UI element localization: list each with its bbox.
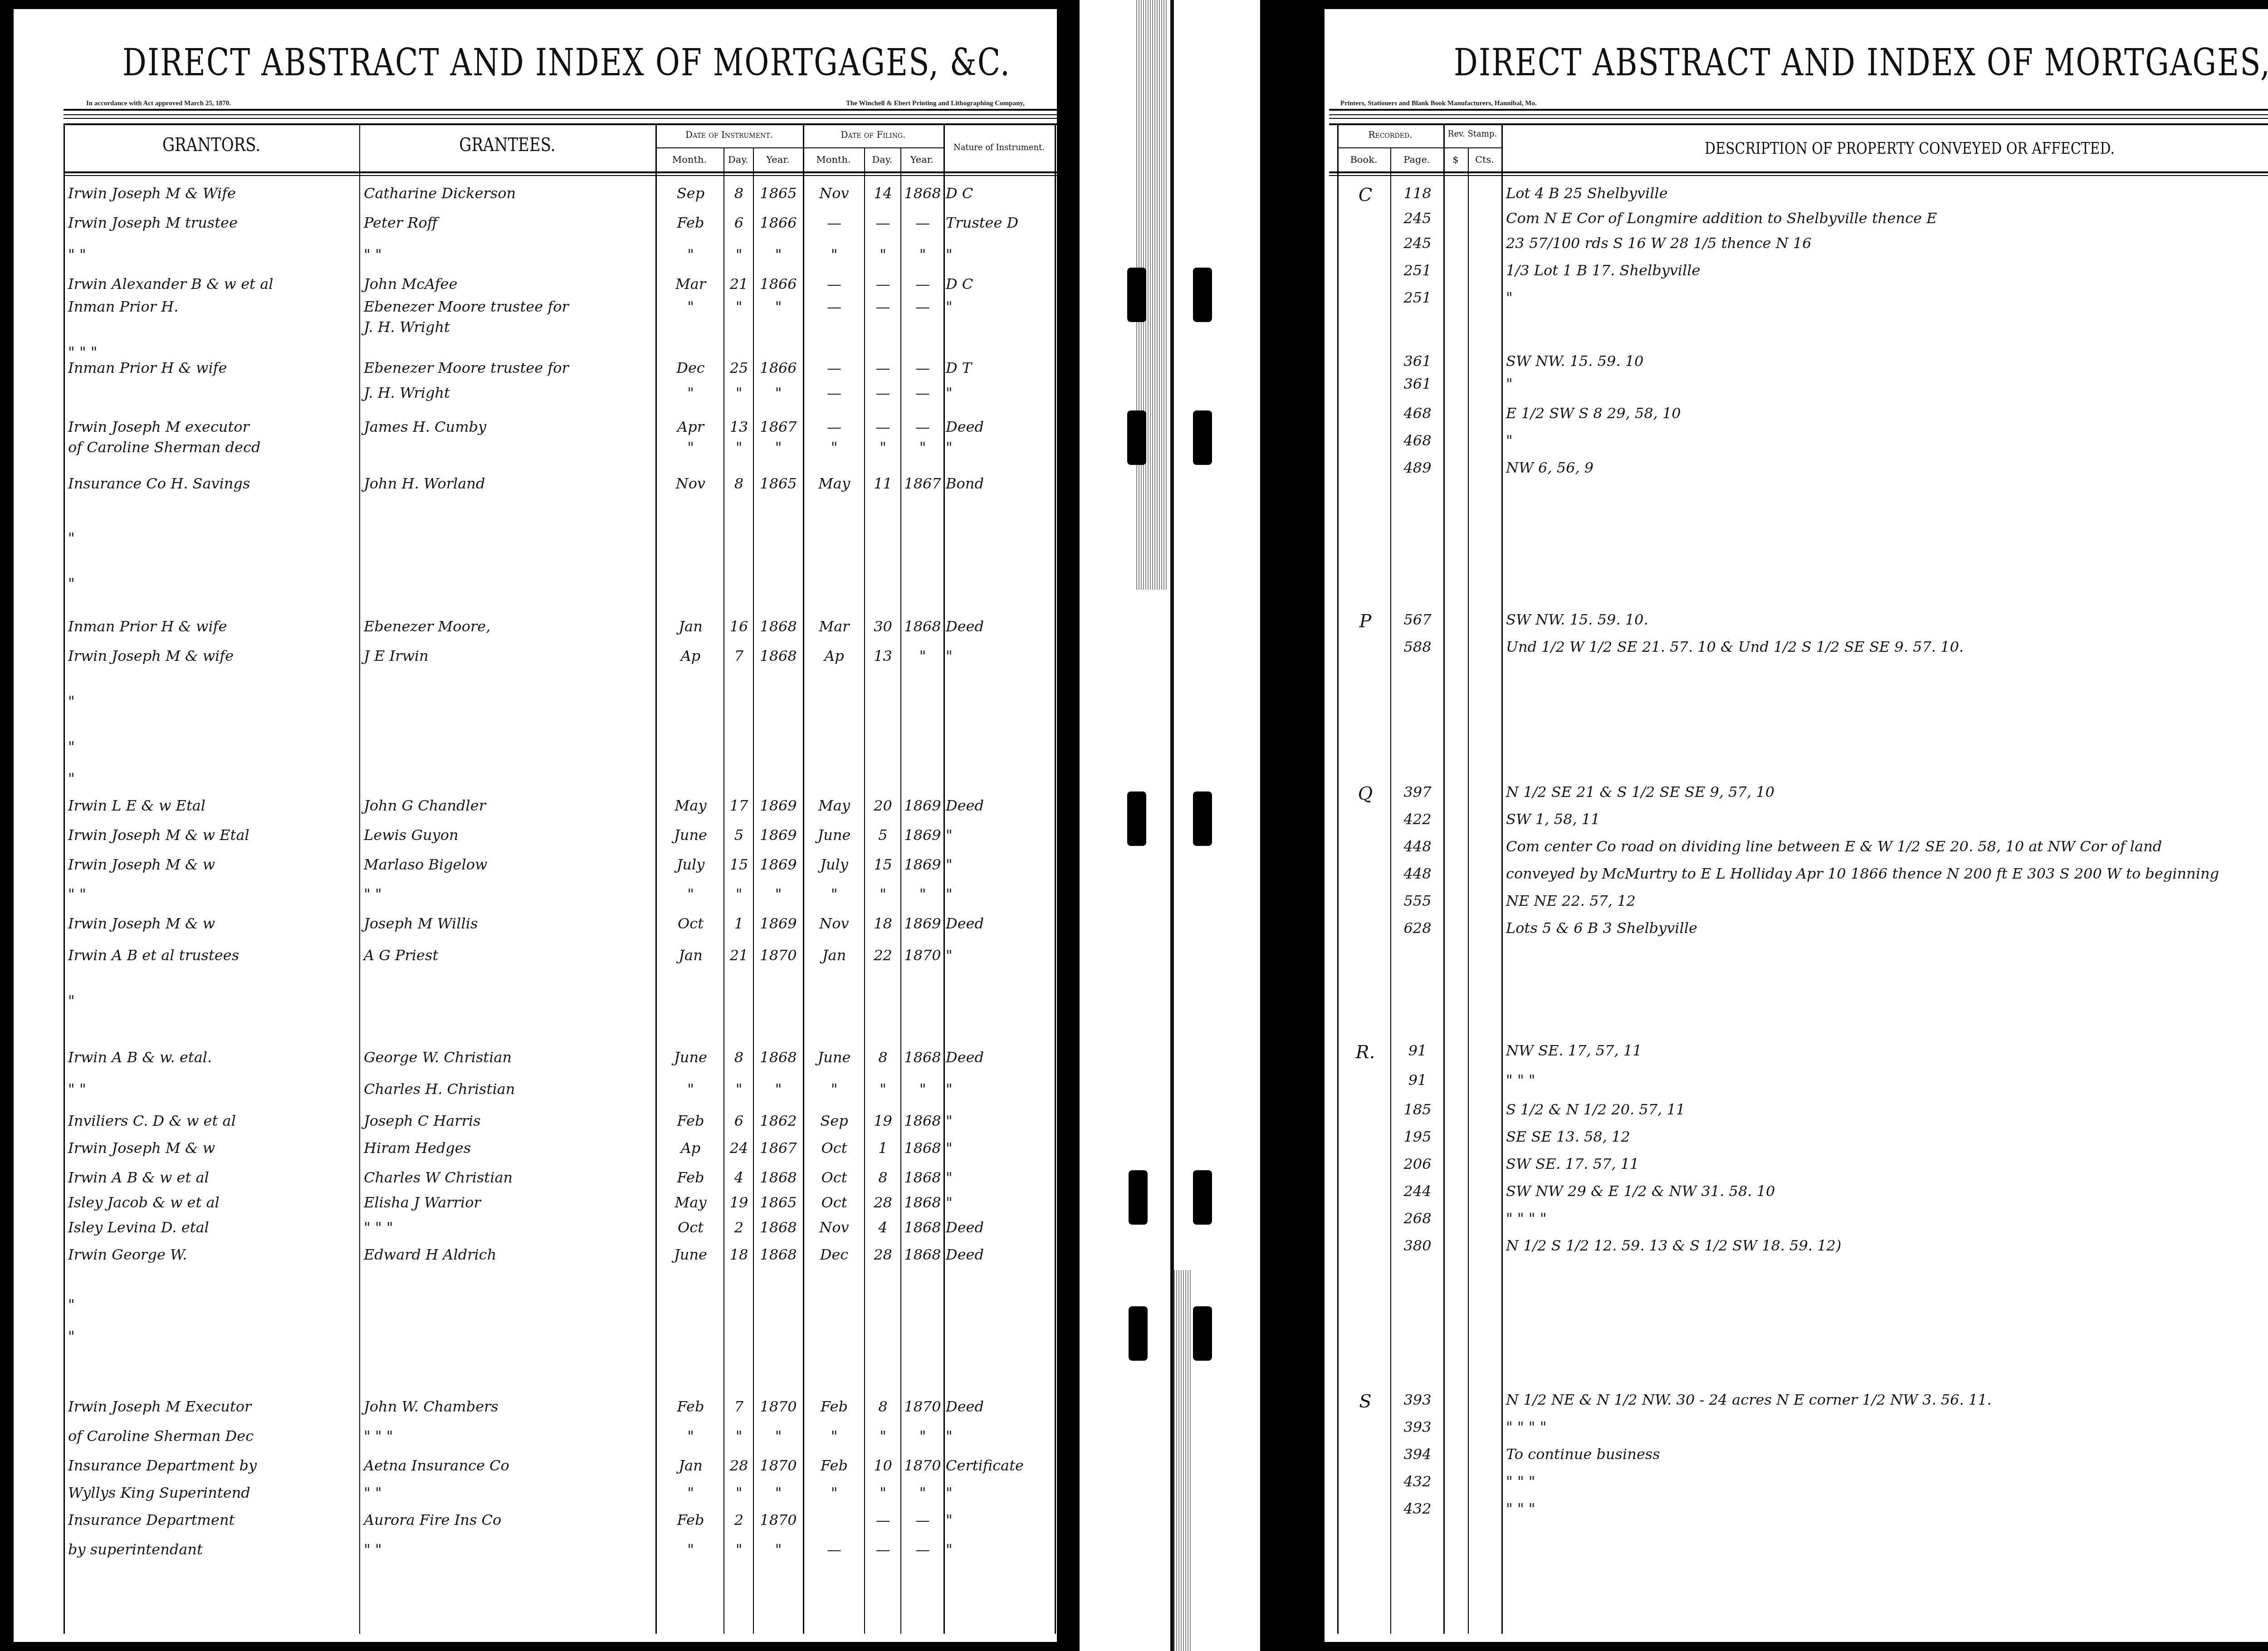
instrument-day-cell: 16 [725,619,753,634]
nature-of-instrument-cell: " [946,1195,1055,1210]
grantor-cell: Irwin Joseph M & w [68,857,358,872]
nature-of-instrument-cell: " [946,1114,1055,1128]
instrument-day-cell: 7 [725,649,753,663]
filing-year-cell: — [902,215,943,230]
column-divider [723,147,724,1634]
page-cell: 244 [1392,1184,1443,1198]
grantor-cell: " [68,694,358,708]
filing-year-cell: 1868 [902,1141,943,1155]
grantor-cell: Irwin Joseph M & w Etal [68,828,358,842]
grantor-cell: " " [68,887,358,901]
grantor-cell: Irwin Joseph M & wife [68,649,358,663]
header-bottom-rule [64,171,1057,173]
header-rule [1329,118,2268,119]
filing-day-cell: 19 [865,1114,900,1128]
nature-of-instrument-cell: Trustee D [946,215,1055,230]
rev-stamp-header: Rev. Stamp. [1443,129,1501,139]
instrument-year-cell: 1869 [754,828,803,842]
instrument-year-cell: " [754,386,803,400]
description-cell: SW NW. 15. 59. 10 [1506,354,2268,368]
page-cell: 432 [1392,1501,1443,1516]
filing-year-cell: 1868 [902,1170,943,1185]
grantee-cell: Ebenezer Moore, [364,619,654,634]
description-cell: SW SE. 17. 57, 11 [1506,1157,2268,1171]
grantor-cell: Inman Prior H & wife [68,619,358,634]
filing-month-cell: " [804,440,864,454]
nature-of-instrument-cell: Bond [946,476,1055,491]
header-rule [64,118,1057,119]
book-cell: R. [1340,1043,1390,1061]
filing-month-cell: June [804,1050,864,1065]
column-divider [655,123,657,1634]
instrument-day-cell: 1 [725,916,753,931]
nature-of-instrument-cell: Deed [946,619,1055,634]
grantor-cell: Isley Jacob & w et al [68,1195,358,1210]
instrument-day-cell: 25 [725,361,753,375]
column-divider [1390,147,1391,1634]
filing-day-cell: 28 [865,1247,900,1262]
instrument-year-cell: 1870 [754,1399,803,1414]
nature-of-instrument-cell: " [946,440,1055,454]
instrument-year-cell: 1868 [754,1170,803,1185]
grantee-cell: Aurora Fire Ins Co [364,1513,654,1527]
filing-year-cell: " [902,440,943,454]
filing-month-cell: July [804,857,864,872]
nature-of-instrument-cell: " [946,247,1055,262]
header-rule [64,109,1057,111]
filing-year-cell: 1868 [902,619,943,634]
instrument-year-cell: " [754,440,803,454]
grantor-cell: Irwin A B et al trustees [68,948,358,962]
filing-year-cell: 1870 [902,1399,943,1414]
grantor-cell: " [68,531,358,545]
page-cell: 361 [1392,354,1443,368]
nature-of-instrument-cell: " [946,828,1055,842]
instrument-day-cell: 18 [725,1247,753,1262]
grantee-cell: " " [364,887,654,901]
instrument-year-cell: 1868 [754,649,803,663]
nature-of-instrument-cell: " [946,1485,1055,1500]
grantor-cell: Insurance Department by [68,1458,358,1473]
description-cell: S 1/2 & N 1/2 20. 57, 11 [1506,1102,2268,1117]
page-header: Page. [1390,154,1443,165]
filing-month-cell: May [804,798,864,813]
instrument-year-cell: 1867 [754,1141,803,1155]
page-cell: 251 [1392,290,1443,305]
grantor-cell: of Caroline Sherman Dec [68,1429,358,1443]
binding-hole [1127,410,1146,465]
instrument-day-cell: 24 [725,1141,753,1155]
filing-day-cell: 13 [865,649,900,663]
grantor-cell: Irwin George W. [68,1247,358,1262]
page-cell: 422 [1392,812,1443,826]
binding-hole [1127,268,1146,322]
book-header: Book. [1337,154,1390,165]
filing-month-cell: Feb [804,1458,864,1473]
grantee-cell: Marlaso Bigelow [364,857,654,872]
instrument-month-cell: " [658,1485,723,1500]
filing-month-cell: June [804,828,864,842]
instrument-day-cell: 21 [725,277,753,291]
instrument-month-cell: June [658,828,723,842]
instrument-day-cell: 28 [725,1458,753,1473]
instrument-year-cell: " [754,1485,803,1500]
description-cell: SW NW 29 & E 1/2 & NW 31. 58. 10 [1506,1184,2268,1198]
instrument-year-cell: 1868 [754,619,803,634]
grantee-cell: Hiram Hedges [364,1141,654,1155]
description-cell: " [1506,376,2268,391]
description-cell: " " " " [1506,1211,2268,1226]
page-cell: 380 [1392,1238,1443,1253]
grantee-cell: Joseph C Harris [364,1114,654,1128]
grantee-cell: J. H. Wright [364,386,654,400]
filing-day-cell: 8 [865,1050,900,1065]
column-divider [1337,123,1339,1634]
header-rule [64,123,1057,125]
filing-year-cell: — [902,299,943,314]
page-cell: 118 [1392,186,1443,200]
instrument-day-cell: 13 [725,420,753,434]
nature-of-instrument-cell: Deed [946,420,1055,434]
column-divider [943,123,945,1634]
instrument-day-cell: 2 [725,1220,753,1235]
filing-month-cell: " [804,1485,864,1500]
page-cell: 468 [1392,433,1443,448]
date-of-filing-header: Date of Filing. [803,129,943,140]
instrument-month-cell: May [658,1195,723,1210]
instrument-month-cell: Oct [658,916,723,931]
instrument-month-cell: " [658,440,723,454]
filing-day-cell: 20 [865,798,900,813]
grantee-cell: " " " [364,1429,654,1443]
instrument-month-cell: June [658,1247,723,1262]
grantees-header: GRANTEES. [359,134,655,156]
grantor-cell: " [68,993,358,1008]
instrument-month-cell: " [658,1082,723,1096]
nature-of-instrument-cell: " [946,857,1055,872]
instrument-year-cell: " [754,299,803,314]
description-cell: " " " [1506,1474,2268,1489]
instrument-year-cell: " [754,887,803,901]
grantee-cell: J. H. Wright [364,320,654,334]
page-cell: 91 [1392,1043,1443,1058]
filing-month-cell: " [804,247,864,262]
page-cell: 393 [1392,1420,1443,1434]
page-cell: 268 [1392,1211,1443,1226]
description-cell: N 1/2 SE 21 & S 1/2 SE SE 9, 57, 10 [1506,785,2268,799]
instrument-year-cell: 1868 [754,1220,803,1235]
filing-day-cell: " [865,1082,900,1096]
filing-month-cell: — [804,1542,864,1557]
nature-of-instrument-cell: D C [946,186,1055,200]
filing-year-cell: " [902,887,943,901]
description-cell: NW 6, 56, 9 [1506,460,2268,475]
grantee-cell: George W. Christian [364,1050,654,1065]
nature-of-instrument-cell: Deed [946,1247,1055,1262]
filing-month-cell: Sep [804,1114,864,1128]
nature-of-instrument-cell: Deed [946,916,1055,931]
instrument-day-cell: 15 [725,857,753,872]
instrument-year-cell: " [754,1082,803,1096]
filing-year-cell: 1868 [902,1195,943,1210]
filing-day-cell: — [865,420,900,434]
instrument-year-cell: 1865 [754,1195,803,1210]
grantor-cell: Irwin Joseph M trustee [68,215,358,230]
book-cell: C [1340,186,1390,204]
recorded-header: Recorded. [1337,129,1443,140]
filing-day-cell: 22 [865,948,900,962]
filing-day-header: Day. [864,154,900,165]
instrument-year-cell: " [754,247,803,262]
page-cell: 393 [1392,1392,1443,1407]
book-cell: P [1340,612,1390,630]
filing-year-cell: — [902,386,943,400]
instrument-month-cell: Dec [658,361,723,375]
instrument-year-cell: 1868 [754,1050,803,1065]
filing-day-cell: 28 [865,1195,900,1210]
filing-month-cell: " [804,1082,864,1096]
filing-month-cell: " [804,1429,864,1443]
nature-of-instrument-cell: D C [946,277,1055,291]
page-cell: 448 [1392,866,1443,881]
page-cell: 432 [1392,1474,1443,1489]
instrument-day-cell: 6 [725,215,753,230]
nature-of-instrument-cell: " [946,948,1055,962]
filing-day-cell: — [865,1513,900,1527]
grantee-cell: " " [364,247,654,262]
instrument-day-cell: 6 [725,1114,753,1128]
instrument-month-cell: " [658,386,723,400]
grantor-cell: Insurance Co H. Savings [68,476,358,491]
filing-day-cell: 8 [865,1170,900,1185]
filing-month-cell: Oct [804,1141,864,1155]
grantee-cell: Catharine Dickerson [364,186,654,200]
grantee-cell: James H. Cumby [364,420,654,434]
filing-year-cell: " [902,649,943,663]
instrument-year-cell: " [754,1542,803,1557]
instrument-year-cell: 1870 [754,948,803,962]
filing-day-cell: — [865,215,900,230]
header-rule [1329,109,2268,111]
grantee-cell: Joseph M Willis [364,916,654,931]
page-cell: 555 [1392,894,1443,908]
description-cell: " " " " [1506,1420,2268,1434]
description-cell: 1/3 Lot 1 B 17. Shelbyville [1506,263,2268,278]
filing-month-cell: — [804,277,864,291]
grantee-cell: Aetna Insurance Co [364,1458,654,1473]
description-cell: NW SE. 17, 57, 11 [1506,1043,2268,1058]
instrument-month-cell: " [658,299,723,314]
recorded-subheader-rule [1337,147,1501,148]
instrument-month-header: Month. [655,154,723,165]
grantee-cell: Elisha J Warrior [364,1195,654,1210]
filing-month-cell: Nov [804,186,864,200]
filing-month-cell: Ap [804,649,864,663]
filing-year-cell: 1867 [902,476,943,491]
instrument-month-cell: Jan [658,948,723,962]
filing-year-cell: " [902,1429,943,1443]
description-header: DESCRIPTION OF PROPERTY CONVEYED OR AFFE… [1501,139,2268,158]
filing-month-cell: — [804,215,864,230]
cents-header: Cts. [1468,154,1501,165]
description-cell: To continue business [1506,1447,2268,1461]
filing-month-cell: Oct [804,1170,864,1185]
grantor-cell: Irwin Alexander B & w et al [68,277,358,291]
grantor-cell: Inman Prior H & wife [68,361,358,375]
grantee-cell: John G Chandler [364,798,654,813]
grantor-cell: Irwin Joseph M & w [68,916,358,931]
filing-month-cell: — [804,420,864,434]
description-cell: Com center Co road on dividing line betw… [1506,839,2268,854]
grantee-cell: " " [364,1485,654,1500]
book-cell: S [1340,1392,1390,1411]
grantors-header: GRANTORS. [64,134,359,156]
page-curl-shadow [1174,1270,1192,1651]
instrument-month-cell: Oct [658,1220,723,1235]
filing-month-cell: Mar [804,619,864,634]
instrument-month-cell: Feb [658,1399,723,1414]
filing-month-cell: Jan [804,948,864,962]
book-cell: Q [1340,785,1390,803]
grantor-cell: " [68,1329,358,1343]
instrument-day-header: Day. [723,154,753,165]
instrument-day-cell: 8 [725,1050,753,1065]
instrument-year-cell: 1870 [754,1458,803,1473]
filing-month-cell: Oct [804,1195,864,1210]
filing-year-cell: 1870 [902,1458,943,1473]
instrument-month-cell: " [658,1429,723,1443]
filing-day-cell: " [865,247,900,262]
filing-year-cell: 1868 [902,1247,943,1262]
column-divider [1468,147,1469,1634]
page-cell: 195 [1392,1129,1443,1144]
binding-hole [1129,1306,1148,1361]
left-imprint-printer: The Winchell & Ebert Printing and Lithog… [846,100,1025,107]
instrument-day-cell: 7 [725,1399,753,1414]
page-cell: 588 [1392,640,1443,654]
instrument-month-cell: Feb [658,1513,723,1527]
filing-day-cell: 11 [865,476,900,491]
grantee-cell: John W. Chambers [364,1399,654,1414]
grantee-cell: A G Priest [364,948,654,962]
instrument-year-cell: 1866 [754,361,803,375]
filing-day-cell: 30 [865,619,900,634]
nature-of-instrument-cell: " [946,1513,1055,1527]
instrument-year-cell: 1869 [754,798,803,813]
left-imprint-act: In accordance with Act approved March 25… [86,100,231,107]
instrument-year-cell: 1866 [754,215,803,230]
page-cell: 394 [1392,1447,1443,1461]
description-cell: 23 57/100 rds S 16 W 28 1/5 thence N 16 [1506,236,2268,250]
instrument-day-cell: 17 [725,798,753,813]
page-cell: 628 [1392,921,1443,935]
instrument-year-cell: 1867 [754,420,803,434]
nature-of-instrument-cell: Deed [946,1220,1055,1235]
instrument-day-cell: 8 [725,476,753,491]
column-divider [1443,123,1445,1634]
instrument-month-cell: " [658,887,723,901]
grantor-cell: of Caroline Sherman decd [68,440,358,454]
instrument-year-cell: " [754,1429,803,1443]
filing-year-cell: 1868 [902,1220,943,1235]
instrument-month-cell: " [658,1542,723,1557]
nature-of-instrument-cell: " [946,1082,1055,1096]
instrument-year-cell: 1869 [754,916,803,931]
filing-month-cell: — [804,386,864,400]
nature-of-instrument-cell: " [946,649,1055,663]
grantee-cell: Ebenezer Moore trustee for [364,299,654,314]
filing-year-cell: 1870 [902,948,943,962]
grantor-cell: Irwin Joseph M executor [68,420,358,434]
dollars-header: $ [1443,154,1468,165]
filing-year-cell: 1869 [902,916,943,931]
grantee-cell: J E Irwin [364,649,654,663]
instrument-day-cell: " [725,386,753,400]
column-divider [900,147,901,1634]
filing-year-cell: 1869 [902,828,943,842]
instrument-day-cell: " [725,1485,753,1500]
nature-of-instrument-cell: Deed [946,798,1055,813]
description-cell: SE SE 13. 58, 12 [1506,1129,2268,1144]
description-cell: conveyed by McMurtry to E L Holliday Apr… [1506,866,2268,881]
grantor-cell: " " [68,247,358,262]
filing-month-cell: Feb [804,1399,864,1414]
book-binding-gutter [1057,0,1325,1651]
grantee-cell: " " " [364,1220,654,1235]
instrument-month-cell: Feb [658,1170,723,1185]
nature-of-instrument-cell: Deed [946,1050,1055,1065]
instrument-month-cell: Mar [658,277,723,291]
filing-year-cell: — [902,420,943,434]
filing-year-cell: — [902,1513,943,1527]
binding-hole [1193,1170,1212,1225]
instrument-year-cell: 1868 [754,1247,803,1262]
description-cell: Com N E Cor of Longmire addition to Shel… [1506,211,2268,225]
nature-of-instrument-cell: D T [946,361,1055,375]
instrument-month-cell: Nov [658,476,723,491]
filing-year-cell: — [902,277,943,291]
filing-month-cell: " [804,887,864,901]
instrument-year-cell: 1870 [754,1513,803,1527]
instrument-month-cell: Sep [658,186,723,200]
filing-day-cell: 14 [865,186,900,200]
instrument-day-cell: " [725,1429,753,1443]
filing-year-cell: " [902,1082,943,1096]
filing-month-cell: — [804,299,864,314]
grantee-cell: Ebenezer Moore trustee for [364,361,654,375]
instrument-month-cell: Feb [658,215,723,230]
instrument-day-cell: 21 [725,948,753,962]
instrument-year-cell: 1865 [754,186,803,200]
description-cell: " [1506,433,2268,448]
nature-of-instrument-cell: " [946,1141,1055,1155]
grantor-cell: Inviliers C. D & w et al [68,1114,358,1128]
filing-day-cell: — [865,299,900,314]
filing-day-cell: 8 [865,1399,900,1414]
page-cell: 489 [1392,460,1443,475]
header-bottom-rule [1329,171,2268,173]
page-cell: 206 [1392,1157,1443,1171]
grantor-cell: Irwin Joseph M & Wife [68,186,358,200]
grantee-cell: Edward H Aldrich [364,1247,654,1262]
instrument-month-cell: Ap [658,1141,723,1155]
nature-of-instrument-cell: " [946,1429,1055,1443]
description-cell: " [1506,290,2268,305]
description-cell: Lot 4 B 25 Shelbyville [1506,186,2268,200]
instrument-month-cell: June [658,1050,723,1065]
column-divider [1055,123,1056,1634]
grantee-cell: John H. Worland [364,476,654,491]
